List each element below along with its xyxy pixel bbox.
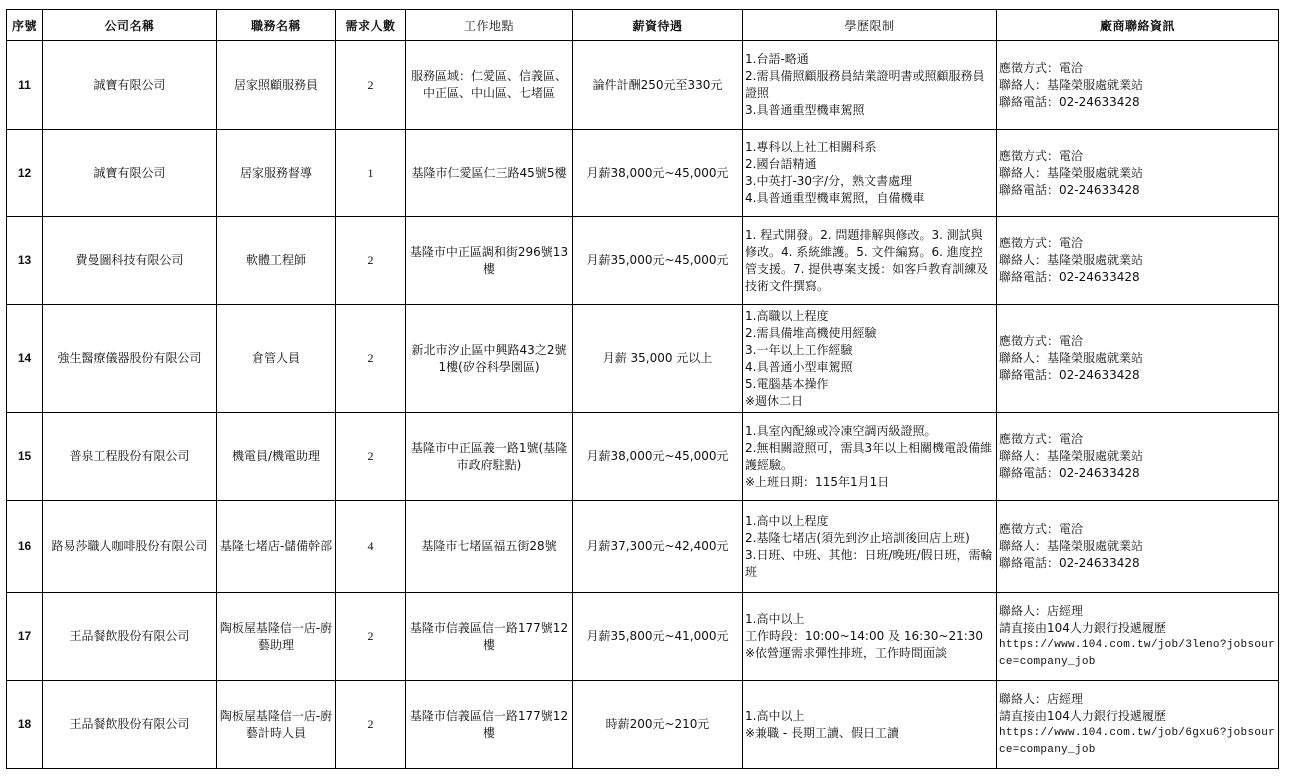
requirement-line: 1.高職以上程度 (745, 308, 994, 325)
cell-salary: 月薪38,000元~45,000元 (573, 130, 743, 217)
cell-location: 基隆市信義區信一路177號12樓 (406, 593, 573, 681)
cell-salary: 時薪200元~210元 (573, 681, 743, 769)
cell-title: 陶板屋基隆信一店-廚藝助理 (217, 593, 336, 681)
requirement-line: 1.專科以上社工相關科系 (745, 139, 994, 156)
cell-salary: 月薪 35,000 元以上 (573, 305, 743, 413)
contact-person: 聯絡人：基隆榮服處就業站 (999, 165, 1276, 182)
cell-count: 2 (336, 41, 406, 130)
header-count: 需求人數 (336, 10, 406, 41)
table-row: 16 路易莎職人咖啡股份有限公司 基隆七堵店-儲備幹部 4 基隆市七堵區福五街2… (7, 501, 1279, 593)
header-title: 職務名稱 (217, 10, 336, 41)
requirement-line: ※週休二日 (745, 393, 994, 410)
cell-no: 18 (7, 681, 43, 769)
cell-salary: 月薪35,000元~45,000元 (573, 217, 743, 305)
requirement-line: ※依營運需求彈性排班，工作時間面談 (745, 645, 994, 662)
requirement-line: 3.中英打-30字/分，熟文書處理 (745, 173, 994, 190)
contact-person: 聯絡人：基隆榮服處就業站 (999, 252, 1276, 269)
cell-contact: 應徵方式：電洽 聯絡人：基隆榮服處就業站 聯絡電話：02-24633428 (997, 217, 1279, 305)
requirement-line: 1.高中以上程度 (745, 513, 994, 530)
cell-contact: 應徵方式：電洽 聯絡人：基隆榮服處就業站 聯絡電話：02-24633428 (997, 501, 1279, 593)
requirement-line: 2.國台語精通 (745, 156, 994, 173)
cell-company: 費曼圖科技有限公司 (43, 217, 217, 305)
job-link[interactable]: https://www.104.com.tw/job/6gxu6?jobsour… (999, 725, 1276, 759)
contact-phone: 聯絡電話：02-24633428 (999, 367, 1276, 384)
requirement-line: 2.基隆七堵店(須先到汐止培訓後回店上班) (745, 530, 994, 547)
table-row: 11 誠寶有限公司 居家照顧服務員 2 服務區域：仁愛區、信義區、中正區、中山區… (7, 41, 1279, 130)
cell-company: 普泉工程股份有限公司 (43, 413, 217, 501)
requirement-line: 4.具普通重型機車駕照，自備機車 (745, 190, 994, 207)
contact-method: 應徵方式：電洽 (999, 60, 1276, 77)
cell-location: 新北市汐止區中興路43之2號1樓(矽谷科學園區) (406, 305, 573, 413)
requirement-line: 3.日班、中班、其他：日班/晚班/假日班，需輪班 (745, 547, 994, 581)
cell-location: 基隆市中正區義一路1號(基隆市政府駐點) (406, 413, 573, 501)
header-location: 工作地點 (406, 10, 573, 41)
cell-requirements: 1. 程式開發。2. 問題排解與修改。3. 測試與修改。4. 系統維護。5. 文… (743, 217, 997, 305)
header-requirements: 學歷限制 (743, 10, 997, 41)
header-company: 公司名稱 (43, 10, 217, 41)
requirement-line: 5.電腦基本操作 (745, 376, 994, 393)
cell-requirements: 1.具室內配線或冷凍空調丙級證照。 2.無相關證照可，需具3年以上相關機電設備維… (743, 413, 997, 501)
requirement-line: 1.高中以上 (745, 708, 994, 725)
contact-phone: 聯絡電話：02-24633428 (999, 182, 1276, 199)
contact-method: 應徵方式：電洽 (999, 431, 1276, 448)
table-row: 13 費曼圖科技有限公司 軟體工程師 2 基隆市中正區調和街296號13樓 月薪… (7, 217, 1279, 305)
header-salary: 薪資待遇 (573, 10, 743, 41)
cell-salary: 月薪35,800元~41,000元 (573, 593, 743, 681)
contact-person: 聯絡人：基隆榮服處就業站 (999, 350, 1276, 367)
cell-title: 陶板屋基隆信一店-廚藝計時人員 (217, 681, 336, 769)
cell-no: 11 (7, 41, 43, 130)
contact-method: 請直接由104人力銀行投遞履歷 (999, 620, 1276, 637)
requirement-line: 1.台語-略通 (745, 51, 994, 68)
cell-salary: 月薪37,300元~42,400元 (573, 501, 743, 593)
table-row: 12 誠寶有限公司 居家服務督導 1 基隆市仁愛區仁三路45號5樓 月薪38,0… (7, 130, 1279, 217)
cell-count: 2 (336, 217, 406, 305)
cell-no: 15 (7, 413, 43, 501)
cell-title: 倉管人員 (217, 305, 336, 413)
cell-company: 誠寶有限公司 (43, 41, 217, 130)
cell-requirements: 1.高中以上 ※兼職 - 長期工讀、假日工讀 (743, 681, 997, 769)
requirement-line: ※上班日期：115年1月1日 (745, 474, 994, 491)
contact-person: 聯絡人：基隆榮服處就業站 (999, 448, 1276, 465)
cell-location: 服務區域：仁愛區、信義區、中正區、中山區、七堵區 (406, 41, 573, 130)
cell-location: 基隆市中正區調和街296號13樓 (406, 217, 573, 305)
requirement-line: 3.一年以上工作經驗 (745, 342, 994, 359)
contact-method: 應徵方式：電洽 (999, 333, 1276, 350)
cell-count: 2 (336, 681, 406, 769)
cell-contact: 應徵方式：電洽 聯絡人：基隆榮服處就業站 聯絡電話：02-24633428 (997, 41, 1279, 130)
header-no: 序號 (7, 10, 43, 41)
requirement-line: 1.具室內配線或冷凍空調丙級證照。 (745, 423, 994, 440)
cell-requirements: 1.高職以上程度 2.需具備堆高機使用經驗 3.一年以上工作經驗 4.具普通小型… (743, 305, 997, 413)
table-row: 18 王品餐飲股份有限公司 陶板屋基隆信一店-廚藝計時人員 2 基隆市信義區信一… (7, 681, 1279, 769)
header-row: 序號 公司名稱 職務名稱 需求人數 工作地點 薪資待遇 學歷限制 廠商聯絡資訊 (7, 10, 1279, 41)
cell-title: 機電員/機電助理 (217, 413, 336, 501)
cell-salary: 論件計酬250元至330元 (573, 41, 743, 130)
cell-contact: 聯絡人：店經理 請直接由104人力銀行投遞履歷 https://www.104.… (997, 593, 1279, 681)
job-link[interactable]: https://www.104.com.tw/job/3leno?jobsour… (999, 637, 1276, 671)
header-contact: 廠商聯絡資訊 (997, 10, 1279, 41)
requirement-line: 1.高中以上 (745, 611, 994, 628)
cell-location: 基隆市信義區信一路177號12樓 (406, 681, 573, 769)
cell-no: 13 (7, 217, 43, 305)
cell-requirements: 1.高中以上程度 2.基隆七堵店(須先到汐止培訓後回店上班) 3.日班、中班、其… (743, 501, 997, 593)
requirement-line: 3.具普通重型機車駕照 (745, 102, 994, 119)
cell-count: 4 (336, 501, 406, 593)
contact-method: 應徵方式：電洽 (999, 521, 1276, 538)
cell-contact: 應徵方式：電洽 聯絡人：基隆榮服處就業站 聯絡電話：02-24633428 (997, 413, 1279, 501)
cell-title: 居家服務督導 (217, 130, 336, 217)
requirement-line: 2.需具備堆高機使用經驗 (745, 325, 994, 342)
cell-title: 軟體工程師 (217, 217, 336, 305)
cell-company: 強生醫療儀器股份有限公司 (43, 305, 217, 413)
cell-company: 王品餐飲股份有限公司 (43, 681, 217, 769)
cell-requirements: 1.專科以上社工相關科系 2.國台語精通 3.中英打-30字/分，熟文書處理 4… (743, 130, 997, 217)
job-listings-table: 序號 公司名稱 職務名稱 需求人數 工作地點 薪資待遇 學歷限制 廠商聯絡資訊 … (6, 9, 1279, 769)
contact-method: 應徵方式：電洽 (999, 235, 1276, 252)
cell-no: 17 (7, 593, 43, 681)
cell-contact: 應徵方式：電洽 聯絡人：基隆榮服處就業站 聯絡電話：02-24633428 (997, 305, 1279, 413)
requirement-line: ※兼職 - 長期工讀、假日工讀 (745, 725, 994, 742)
contact-method: 應徵方式：電洽 (999, 148, 1276, 165)
contact-person: 聯絡人：基隆榮服處就業站 (999, 77, 1276, 94)
cell-no: 12 (7, 130, 43, 217)
cell-title: 居家照顧服務員 (217, 41, 336, 130)
requirement-line: 工作時段：10:00~14:00 及 16:30~21:30 (745, 628, 994, 645)
cell-no: 14 (7, 305, 43, 413)
contact-person: 聯絡人：店經理 (999, 691, 1276, 708)
requirement-line: 1. 程式開發。2. 問題排解與修改。3. 測試與修改。4. 系統維護。5. 文… (745, 227, 994, 295)
table-row: 14 強生醫療儀器股份有限公司 倉管人員 2 新北市汐止區中興路43之2號1樓(… (7, 305, 1279, 413)
contact-phone: 聯絡電話：02-24633428 (999, 465, 1276, 482)
cell-contact: 聯絡人：店經理 請直接由104人力銀行投遞履歷 https://www.104.… (997, 681, 1279, 769)
cell-contact: 應徵方式：電洽 聯絡人：基隆榮服處就業站 聯絡電話：02-24633428 (997, 130, 1279, 217)
requirement-line: 4.具普通小型車駕照 (745, 359, 994, 376)
contact-phone: 聯絡電話：02-24633428 (999, 94, 1276, 111)
contact-method: 請直接由104人力銀行投遞履歷 (999, 708, 1276, 725)
cell-location: 基隆市七堵區福五街28號 (406, 501, 573, 593)
cell-salary: 月薪38,000元~45,000元 (573, 413, 743, 501)
requirement-line: 2.需具備照顧服務員結業證明書或照顧服務員證照 (745, 68, 994, 102)
contact-person: 聯絡人：店經理 (999, 603, 1276, 620)
cell-company: 王品餐飲股份有限公司 (43, 593, 217, 681)
contact-phone: 聯絡電話：02-24633428 (999, 269, 1276, 286)
contact-person: 聯絡人：基隆榮服處就業站 (999, 538, 1276, 555)
contact-phone: 聯絡電話：02-24633428 (999, 555, 1276, 572)
cell-no: 16 (7, 501, 43, 593)
table-row: 15 普泉工程股份有限公司 機電員/機電助理 2 基隆市中正區義一路1號(基隆市… (7, 413, 1279, 501)
cell-requirements: 1.高中以上 工作時段：10:00~14:00 及 16:30~21:30 ※依… (743, 593, 997, 681)
cell-count: 1 (336, 130, 406, 217)
cell-requirements: 1.台語-略通 2.需具備照顧服務員結業證明書或照顧服務員證照 3.具普通重型機… (743, 41, 997, 130)
cell-count: 2 (336, 413, 406, 501)
table-row: 17 王品餐飲股份有限公司 陶板屋基隆信一店-廚藝助理 2 基隆市信義區信一路1… (7, 593, 1279, 681)
cell-title: 基隆七堵店-儲備幹部 (217, 501, 336, 593)
cell-company: 路易莎職人咖啡股份有限公司 (43, 501, 217, 593)
requirement-line: 2.無相關證照可，需具3年以上相關機電設備維護經驗。 (745, 440, 994, 474)
cell-company: 誠寶有限公司 (43, 130, 217, 217)
cell-count: 2 (336, 593, 406, 681)
cell-count: 2 (336, 305, 406, 413)
cell-location: 基隆市仁愛區仁三路45號5樓 (406, 130, 573, 217)
